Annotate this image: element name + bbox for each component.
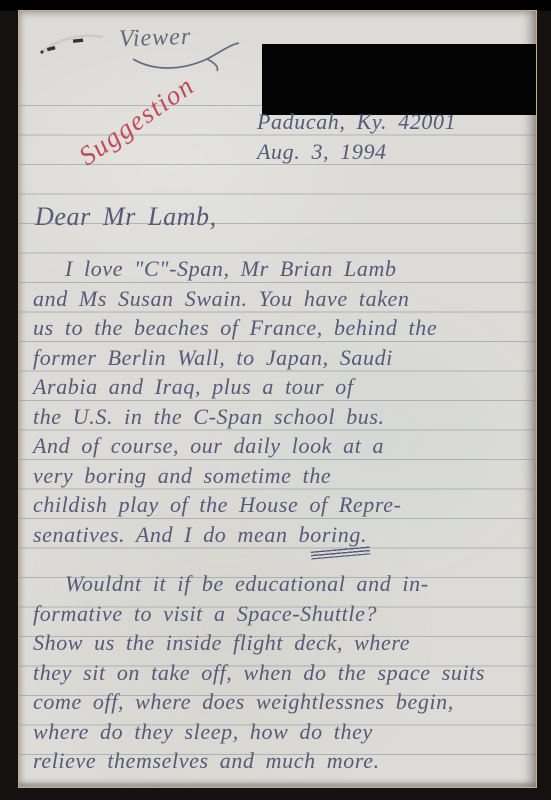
pencil-marks — [29, 25, 129, 61]
handwritten-line: and Ms Susan Swain. You have taken — [33, 284, 437, 314]
handwritten-line: I love "C"-Span, Mr Brian Lamb — [33, 254, 437, 284]
handwritten-line: where do they sleep, how do they — [33, 717, 485, 747]
underlined-word: boring. — [299, 520, 367, 550]
handwritten-line: former Berlin Wall, to Japan, Saudi — [33, 343, 437, 373]
salutation: Dear Mr Lamb, — [35, 199, 217, 235]
letter-page: Viewer Suggestion Paducah, Ky. 42001 Aug… — [18, 10, 537, 788]
handwritten-line: senatives. And I do mean boring. — [33, 520, 437, 550]
handwritten-line: Show us the inside flight deck, where — [33, 628, 485, 658]
handwritten-line: formative to visit a Space-Shuttle? — [33, 599, 485, 629]
paragraph-1: I love "C"-Span, Mr Brian Lamb and Ms Su… — [33, 254, 437, 549]
handwritten-line: relieve themselves and much more. — [33, 746, 485, 776]
handwritten-line: childish play of the House of Repre- — [33, 490, 437, 520]
handwritten-line: us to the beaches of France, behind the — [33, 313, 437, 343]
handwritten-line: the U.S. in the C-Span school bus. — [33, 402, 437, 432]
address-line: Paducah, Ky. 42001 — [257, 107, 456, 137]
handwritten-line: come off, where does weightlessnes begin… — [33, 687, 485, 717]
handwritten-line: Arabia and Iraq, plus a tour of — [33, 372, 437, 402]
suggestion-annotation: Suggestion — [73, 70, 200, 172]
redaction-box — [262, 44, 537, 115]
line-prefix: senatives. And I do mean — [33, 522, 299, 547]
handwritten-line: Wouldnt it if be educational and in- — [33, 569, 485, 599]
date-line: Aug. 3, 1994 — [257, 137, 456, 167]
handwritten-line: And of course, our daily look at a — [33, 431, 437, 461]
address-block: Paducah, Ky. 42001 Aug. 3, 1994 — [257, 107, 456, 166]
handwritten-line: they sit on take off, when do the space … — [33, 658, 485, 688]
paragraph-2: Wouldnt it if be educational and in- for… — [33, 569, 485, 776]
handwritten-line: very boring and sometime the — [33, 461, 437, 491]
viewer-underline-flourish — [131, 41, 241, 75]
